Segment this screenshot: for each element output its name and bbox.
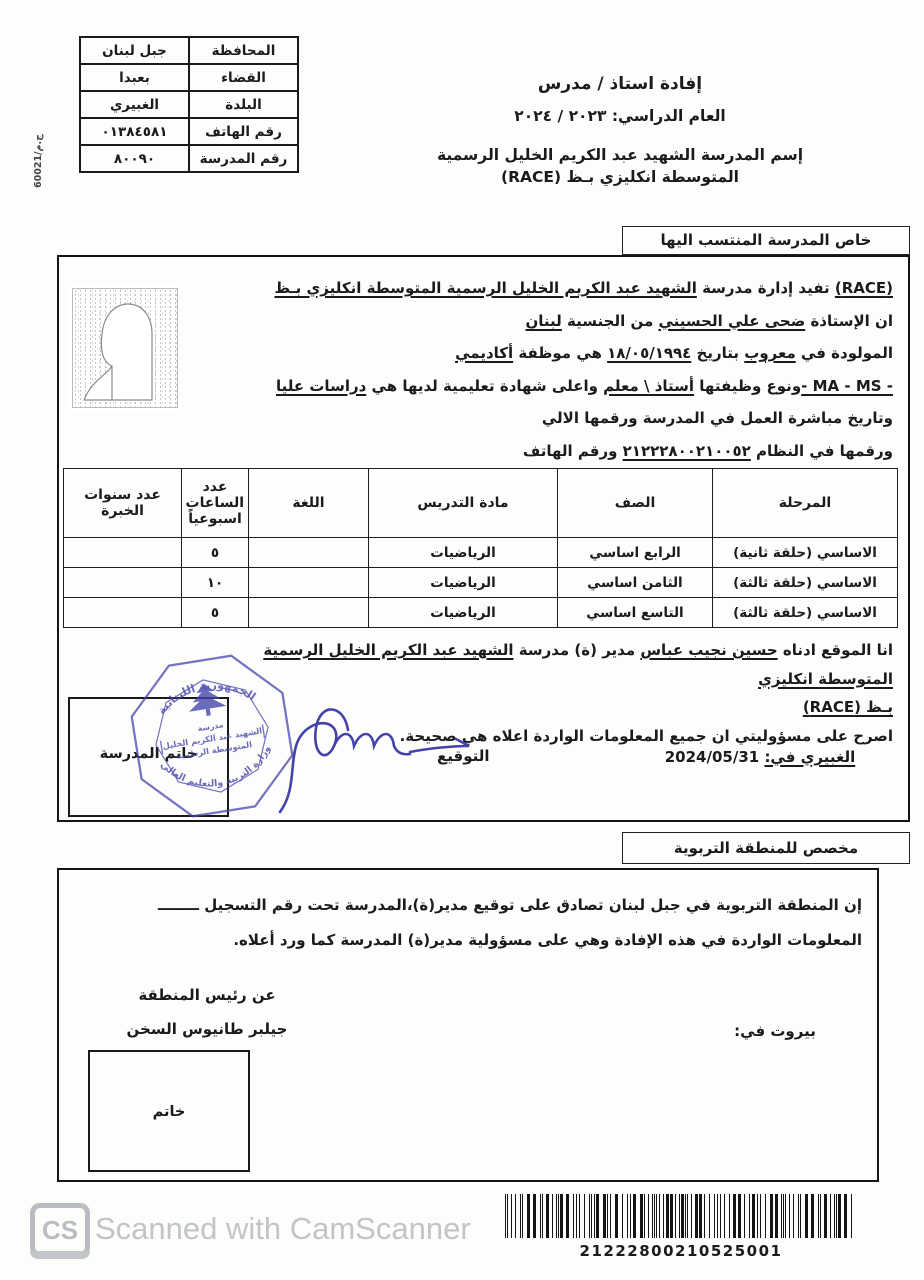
table-cell (64, 568, 182, 598)
table-row: الاساسي (حلقة ثانية)الرابع اساسيالرياضيا… (64, 538, 898, 568)
text-segment: بتاريخ (691, 344, 744, 362)
table-cell: الاساسي (حلقة ثالثة) (713, 598, 898, 628)
text-segment: بـظ (RACE) (803, 698, 893, 716)
barcode-number: 21222800210525001 (505, 1242, 857, 1260)
table-row: الاساسي (حلقة ثالثة)التاسع اساسيالرياضيا… (64, 598, 898, 628)
approver-name: جيلبر طانيوس السخن (82, 1012, 332, 1046)
table-cell (64, 598, 182, 628)
district-paragraph: إن المنطقة التربوية في جبل لبنان تصادق ع… (72, 888, 862, 958)
text-segment: ــــــــ (158, 896, 199, 914)
text-segment: المعلومات الواردة في هذه الإفادة وهي على… (233, 931, 862, 949)
paragraph-line: ورقمها في النظام ٢١٢٢٢٨٠٠٢١٠٠٥٢ ورقم اله… (243, 435, 893, 468)
district-stamp-box: خاتم (88, 1050, 250, 1172)
table-cell: ٥ (182, 538, 249, 568)
table-header-cell: اللغة (249, 469, 369, 538)
table-cell: التاسع اساسي (558, 598, 713, 628)
photo-placeholder (68, 284, 182, 412)
table-cell: جبل لبنان (80, 37, 189, 64)
text-segment: ضحى علي الحسيني (658, 312, 805, 330)
table-row: رقم الهاتف٠١٣٨٤٥٨١ (80, 118, 298, 145)
text-segment: (RACE) (835, 279, 893, 297)
approver-title: عن رئيس المنطقة (82, 978, 332, 1012)
text-segment: ورقم الهاتف (523, 442, 623, 460)
table-row: الاساسي (حلقة ثالثة)الثامن اساسيالرياضيا… (64, 568, 898, 598)
table-cell: الرابع اساسي (558, 538, 713, 568)
school-name-line2: المتوسطة انكليزي بـظ (RACE) (420, 166, 820, 188)
text-segment: انا الموقع ادناه (778, 641, 893, 659)
side-reference-number: 60021/ج.م (33, 68, 44, 188)
table-cell: البلدة (189, 91, 298, 118)
text-segment: دراسات عليا (276, 377, 366, 395)
text-segment: ان الإستاذة (805, 312, 893, 330)
approver-block: عن رئيس المنطقة جيلبر طانيوس السخن (82, 978, 332, 1046)
text-segment: ١٨/٠٥/١٩٩٤ (607, 344, 691, 362)
table-header-cell: المرحلة (713, 469, 898, 538)
text-segment: واعلى شهادة تعليمية لديها هي (366, 377, 603, 395)
table-cell: المحافظة (189, 37, 298, 64)
table-cell: القضاء (189, 64, 298, 91)
table-cell: رقم المدرسة (189, 145, 298, 172)
table-row: المحافظةجبل لبنان (80, 37, 298, 64)
table-cell (249, 568, 369, 598)
paragraph-line: وتاريخ مباشرة العمل في المدرسة ورقمها ال… (243, 402, 893, 435)
table-cell: ٠١٣٨٤٥٨١ (80, 118, 189, 145)
text-segment: تفيد إدارة مدرسة (697, 279, 835, 297)
table-cell: الاساسي (حلقة ثالثة) (713, 568, 898, 598)
district-line2: المعلومات الواردة في هذه الإفادة وهي على… (72, 923, 862, 958)
school-name-line1: إسم المدرسة الشهيد عبد الكريم الخليل الر… (420, 144, 820, 166)
paragraph-line: - MA - MS -ونوع وظيفتها أستاذ \ معلم واع… (243, 370, 893, 403)
camscanner-logo-icon: CS (30, 1203, 90, 1257)
scanned-document-page: 60021/ج.م المحافظةجبل لبنانالقضاءبعبداال… (0, 0, 924, 1280)
text-segment: حسين نجيب عباس (640, 641, 777, 659)
signature-label: التوقيع (437, 747, 490, 765)
table-cell (249, 538, 369, 568)
district-stamp-label: خاتم (90, 1104, 248, 1120)
table-cell (249, 598, 369, 628)
table-header-cell: الصف (558, 469, 713, 538)
table-cell: ٥ (182, 598, 249, 628)
table-row: رقم المدرسة٨٠٠٩٠ (80, 145, 298, 172)
text-segment: معروب (744, 344, 795, 362)
paragraph-line: انا الموقع ادناه حسين نجيب عباس مدير (ة)… (263, 636, 893, 693)
text-segment: هي موظفة (513, 344, 607, 362)
table-row: القضاءبعبدا (80, 64, 298, 91)
text-segment: مدير (ة) مدرسة (514, 641, 641, 659)
district-line1: إن المنطقة التربوية في جبل لبنان تصادق ع… (72, 888, 862, 923)
table-cell: الرياضيات (369, 598, 558, 628)
text-segment: ٢١٢٢٢٨٠٠٢١٠٠٥٢ (623, 442, 751, 460)
text-segment: من الجنسية (562, 312, 659, 330)
barcode (505, 1194, 857, 1238)
title-block: إفادة استاذ / مدرس العام الدراسي: ٢٠٢٣ /… (420, 74, 820, 188)
camscanner-watermark: Scanned with CamScanner (95, 1211, 471, 1247)
camscanner-logo-tab (30, 1251, 90, 1259)
table-row: البلدةالغبيري (80, 91, 298, 118)
place-date-line: الغبيري في: 2024/05/31 (620, 748, 900, 766)
text-segment: لبنان (526, 312, 562, 330)
table-cell: بعبدا (80, 64, 189, 91)
text-segment: الغبيري في: (764, 748, 855, 766)
beirut-date-label: بيروت في: (700, 1022, 850, 1040)
text-segment: المولودة في (796, 344, 893, 362)
table-cell: ٨٠٠٩٠ (80, 145, 189, 172)
table-cell: ١٠ (182, 568, 249, 598)
paragraph-line: (RACE) تفيد إدارة مدرسة الشهيد عبد الكري… (243, 272, 893, 305)
paragraph-line: ان الإستاذة ضحى علي الحسيني من الجنسية ل… (243, 305, 893, 338)
table-header-cell: عدد الساعات اسبوعياً (182, 469, 249, 538)
section1-header: خاص المدرسة المنتسب اليها (622, 226, 910, 255)
teaching-table: المرحلةالصفمادة التدريساللغةعدد الساعات … (63, 468, 898, 628)
text-segment: إن المنطقة التربوية في جبل لبنان تصادق ع… (199, 896, 862, 914)
text-segment: - MA - MS - (801, 377, 893, 395)
section2-header: مخصص للمنطقة التربوية (622, 832, 910, 864)
table-cell: الرياضيات (369, 538, 558, 568)
certificate-paragraph: (RACE) تفيد إدارة مدرسة الشهيد عبد الكري… (243, 272, 893, 467)
table-header-cell: عدد سنوات الخبرة (64, 469, 182, 538)
school-info-table: المحافظةجبل لبنانالقضاءبعبداالبلدةالغبير… (79, 36, 299, 173)
text-segment: وتاريخ مباشرة العمل في المدرسة ورقمها ال… (542, 409, 893, 427)
table-cell: الثامن اساسي (558, 568, 713, 598)
document-title: إفادة استاذ / مدرس (420, 74, 820, 94)
table-cell: الغبيري (80, 91, 189, 118)
person-silhouette-icon (72, 288, 178, 408)
text-segment: الشهيد عبد الكريم الخليل الرسمية المتوسط… (274, 279, 696, 297)
paragraph-line: المولودة في معروب بتاريخ ١٨/٠٥/١٩٩٤ هي م… (243, 337, 893, 370)
table-cell: الاساسي (حلقة ثانية) (713, 538, 898, 568)
text-segment: أكاديمي (455, 344, 513, 362)
table-cell: الرياضيات (369, 568, 558, 598)
table-header-cell: مادة التدريس (369, 469, 558, 538)
table-cell (64, 538, 182, 568)
text-segment: أستاذ \ معلم (603, 377, 694, 395)
school-year: العام الدراسي: ٢٠٢٣ / ٢٠٢٤ (420, 107, 820, 125)
text-segment: ونوع وظيفتها (694, 377, 801, 395)
text-segment: 2024/05/31 (665, 748, 765, 766)
text-segment: ورقمها في النظام (751, 442, 893, 460)
table-cell: رقم الهاتف (189, 118, 298, 145)
